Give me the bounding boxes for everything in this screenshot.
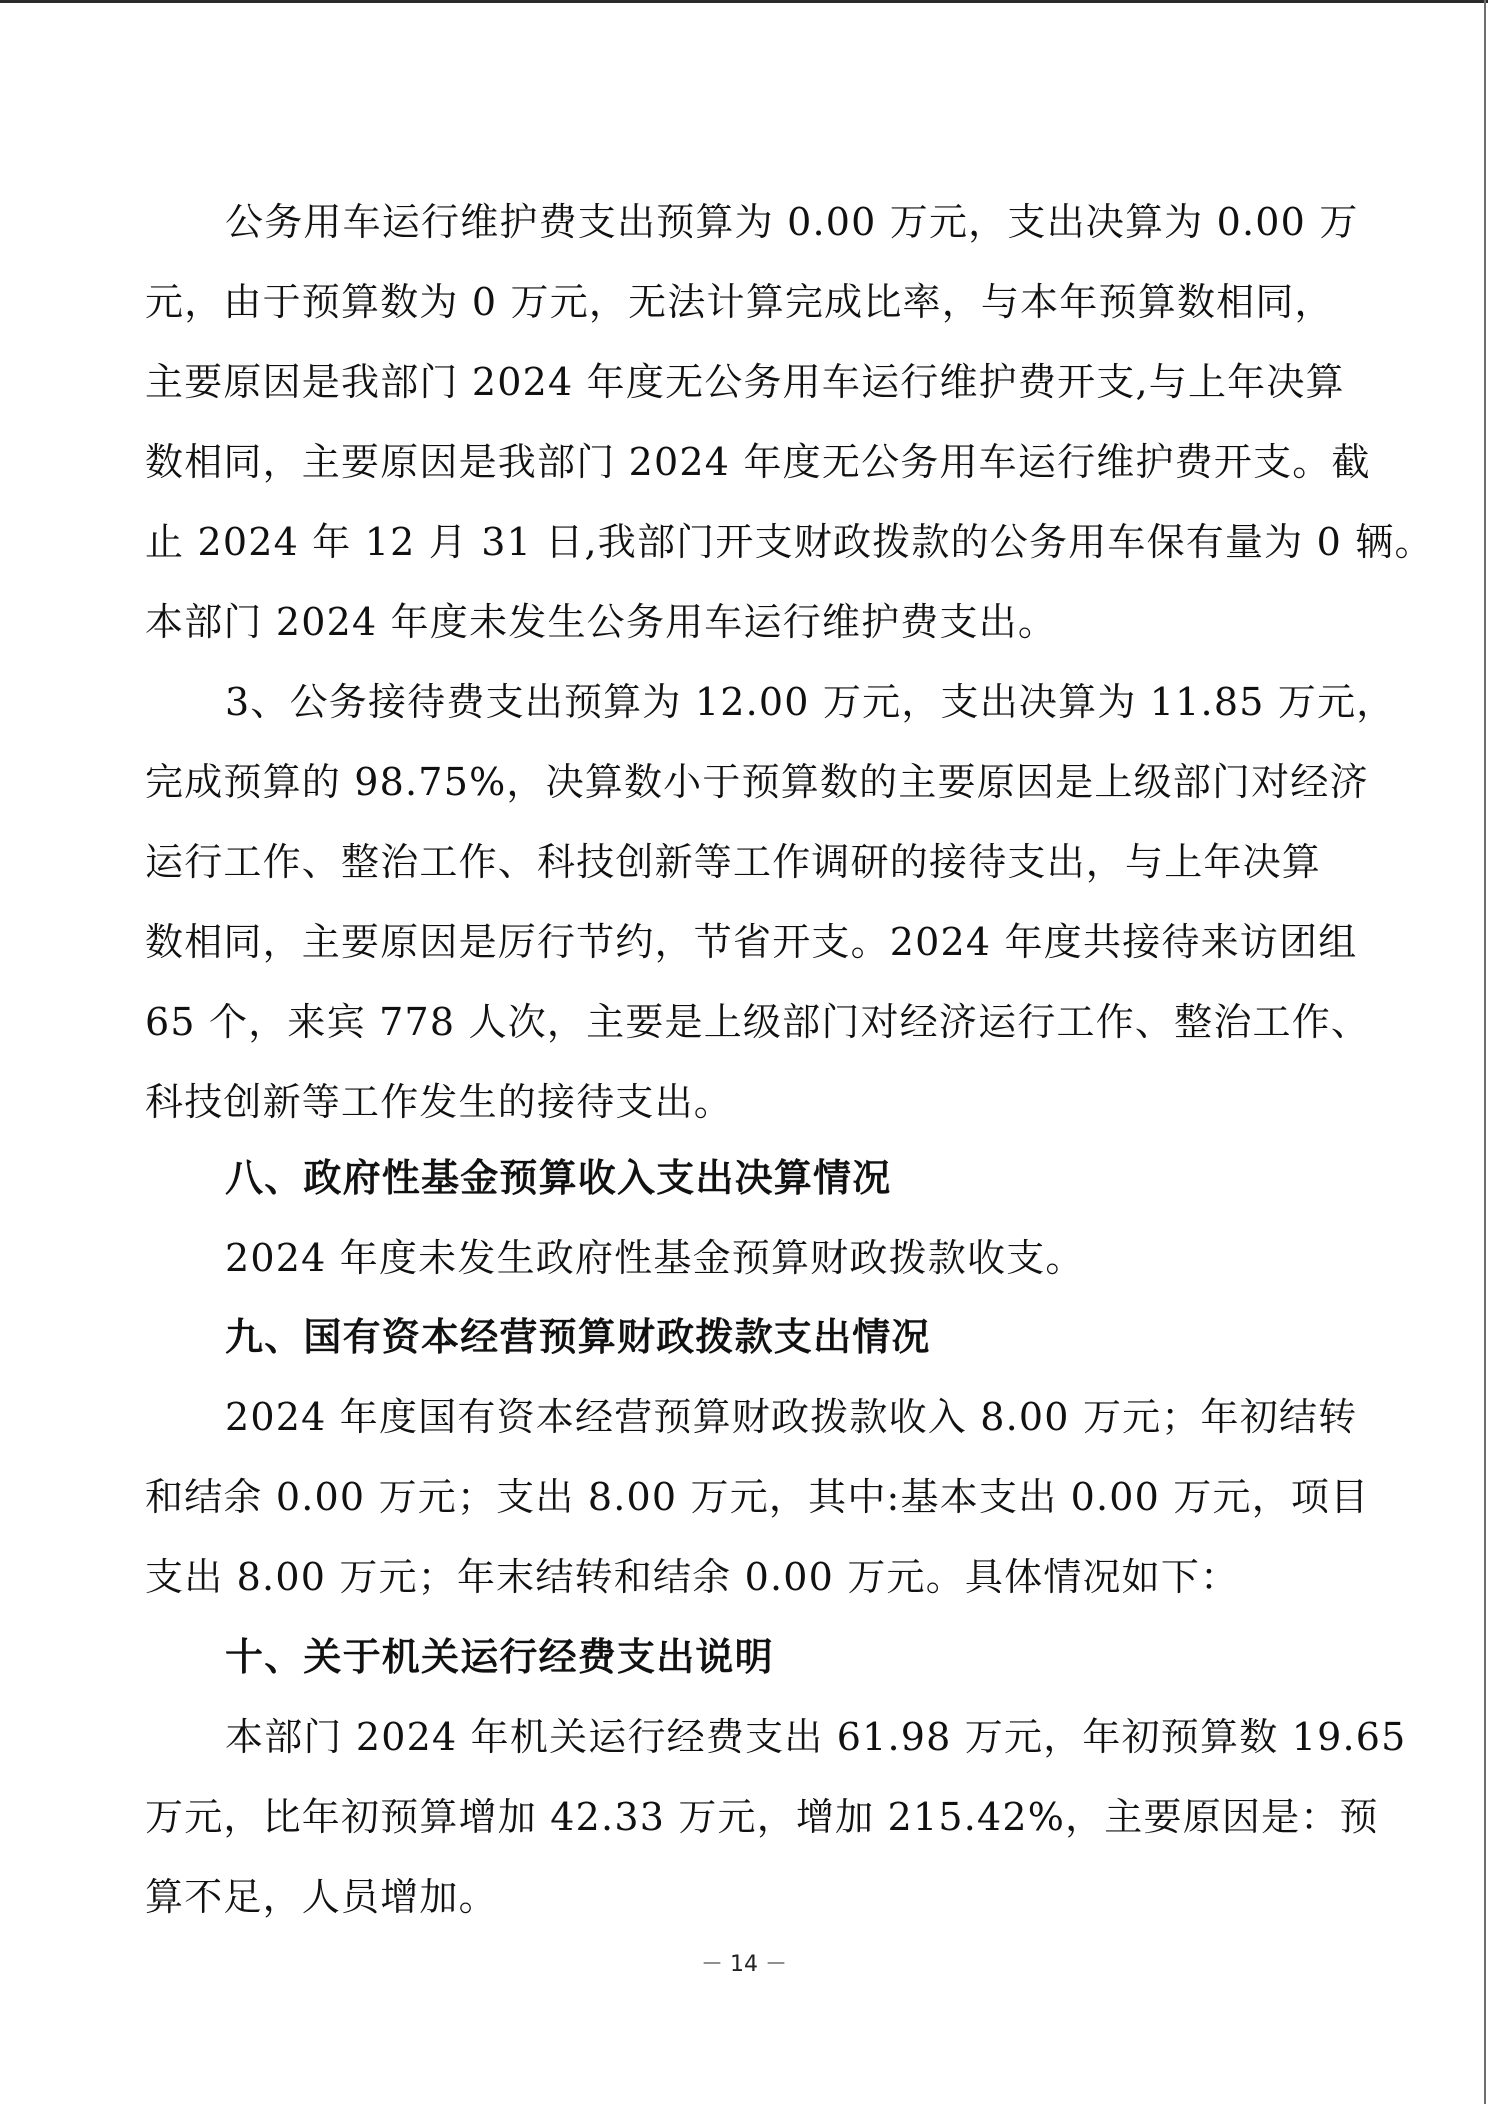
page-number: － 14 － — [0, 1950, 1488, 1980]
paragraph-line: 主要原因是我部门 2024 年度无公务用车运行维护费开支,与上年决算 — [145, 342, 1345, 422]
paragraph-line: 数相同，主要原因是我部门 2024 年度无公务用车运行维护费开支。截 — [145, 422, 1345, 502]
paragraph-line: 65 个，来宾 778 人次，主要是上级部门对经济运行工作、整治工作、 — [145, 982, 1345, 1062]
paragraph-line: 2024 年度国有资本经营预算财政拨款收入 8.00 万元；年初结转 — [225, 1377, 1425, 1457]
paragraph-line: 完成预算的 98.75%，决算数小于预算数的主要原因是上级部门对经济 — [145, 742, 1345, 822]
paragraph-line: 算不足，人员增加。 — [145, 1857, 1345, 1937]
paragraph-line: 公务用车运行维护费支出预算为 0.00 万元，支出决算为 0.00 万 — [225, 182, 1425, 262]
paragraph-line: 本部门 2024 年机关运行经费支出 61.98 万元，年初预算数 19.65 — [225, 1697, 1425, 1777]
paragraph-line: 万元，比年初预算增加 42.33 万元，增加 215.42%，主要原因是：预 — [145, 1777, 1345, 1857]
paragraph-line: 止 2024 年 12 月 31 日,我部门开支财政拨款的公务用车保有量为 0 … — [145, 502, 1345, 582]
paragraph-line: 本部门 2024 年度未发生公务用车运行维护费支出。 — [145, 582, 1345, 662]
paragraph-line: 2024 年度未发生政府性基金预算财政拨款收支。 — [225, 1218, 1425, 1298]
paragraph-line: 3、公务接待费支出预算为 12.00 万元，支出决算为 11.85 万元， — [225, 662, 1425, 742]
section-heading-10: 十、关于机关运行经费支出说明 — [225, 1617, 1425, 1697]
paragraph-line: 支出 8.00 万元；年末结转和结余 0.00 万元。具体情况如下： — [145, 1537, 1345, 1617]
paragraph-line: 和结余 0.00 万元；支出 8.00 万元，其中:基本支出 0.00 万元，项… — [145, 1457, 1345, 1537]
paragraph-line: 运行工作、整治工作、科技创新等工作调研的接待支出，与上年决算 — [145, 822, 1345, 902]
paragraph-line: 科技创新等工作发生的接待支出。 — [145, 1062, 1345, 1142]
section-heading-9: 九、国有资本经营预算财政拨款支出情况 — [225, 1297, 1425, 1377]
document-page: 公务用车运行维护费支出预算为 0.00 万元，支出决算为 0.00 万 元，由于… — [0, 0, 1488, 2104]
paragraph-line: 元，由于预算数为 0 万元，无法计算完成比率，与本年预算数相同， — [145, 262, 1345, 342]
paragraph-line: 数相同，主要原因是厉行节约，节省开支。2024 年度共接待来访团组 — [145, 902, 1345, 982]
section-heading-8: 八、政府性基金预算收入支出决算情况 — [225, 1138, 1425, 1218]
